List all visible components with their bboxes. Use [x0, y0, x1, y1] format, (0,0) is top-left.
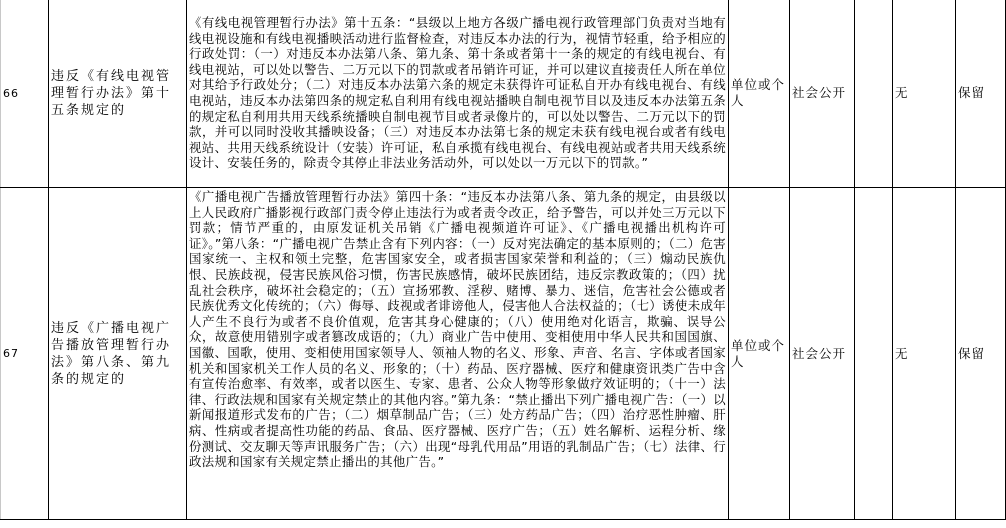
row-number-cell[interactable]: 66: [1, 0, 49, 188]
row-number-cell[interactable]: 67: [1, 188, 49, 520]
subject-cell[interactable]: 单位或个人: [729, 188, 790, 520]
status-cell[interactable]: 保留: [956, 0, 1006, 188]
empty-cell[interactable]: [855, 188, 893, 520]
change-cell[interactable]: 无: [893, 0, 956, 188]
table-row: 67 违反《广播电视广告播放管理暂行办法》第八条、第九条的规定的 《广播电视广告…: [1, 188, 1006, 520]
item-name-cell[interactable]: 违反《有线电视管理暂行办法》第十五条规定的: [49, 0, 187, 188]
disclosure-cell[interactable]: 社会公开: [790, 0, 855, 188]
penalty-items-table: 66 违反《有线电视管理暂行办法》第十五条规定的 《有线电视管理暂行办法》第十五…: [0, 0, 1006, 520]
legal-basis-cell[interactable]: 《有线电视管理暂行办法》第十五条：“县级以上地方各级广播电视行政管理部门负责对当…: [187, 0, 729, 188]
spreadsheet-view: 66 违反《有线电视管理暂行办法》第十五条规定的 《有线电视管理暂行办法》第十五…: [0, 0, 1006, 528]
table-row: 66 违反《有线电视管理暂行办法》第十五条规定的 《有线电视管理暂行办法》第十五…: [1, 0, 1006, 188]
empty-cell[interactable]: [855, 0, 893, 188]
subject-cell[interactable]: 单位或个人: [729, 0, 790, 188]
status-cell[interactable]: 保留: [956, 188, 1006, 520]
item-name-cell[interactable]: 违反《广播电视广告播放管理暂行办法》第八条、第九条的规定的: [49, 188, 187, 520]
change-cell[interactable]: 无: [893, 188, 956, 520]
disclosure-cell[interactable]: 社会公开: [790, 188, 855, 520]
legal-basis-cell[interactable]: 《广播电视广告播放管理暂行办法》第四十条：“违反本办法第八条、第九条的规定，由县…: [187, 188, 729, 520]
